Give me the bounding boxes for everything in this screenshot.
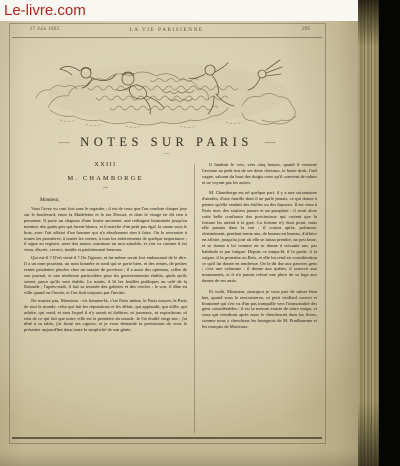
section-number: XXIII (24, 163, 187, 169)
bottom-rule (12, 437, 322, 439)
salutation: Monsieur, (24, 198, 187, 204)
cherubs-in-clouds-engraving-icon (30, 46, 306, 136)
article-columns: XXIII M. CHAMBORGE — Monsieur, Vous l'av… (24, 162, 317, 433)
body-paragraph: Qui est-il ? D'où vient-il ? On l'ignore… (24, 255, 187, 296)
watermark-strip: Le-livre.com (0, 0, 358, 21)
book-page-edges (358, 0, 379, 466)
heading-dash: — (24, 186, 187, 192)
body-paragraph: Vous l'avez vu cent fois sans le regarde… (24, 206, 187, 253)
book-edge-shadow (379, 0, 400, 466)
watermark: Le-livre.com (4, 2, 86, 19)
header-journal-title: LA VIE PARISIENNE (9, 27, 324, 33)
title-flourish-right: ∼∼ (264, 138, 275, 147)
article-heading: M. CHAMBORGE (24, 176, 187, 182)
article-title: NOTES SUR PARIS (80, 135, 253, 150)
body-paragraph: Ne souriez pas, Monsieur : cet homme-là,… (24, 298, 187, 333)
left-column-body: Vous l'avez vu cent fois sans le regarde… (24, 206, 187, 333)
scanned-book-page: 27 Juin 1885. LA VIE PARISIENNE 295 (0, 0, 400, 466)
body-paragraph: M. Chamborge est né quelque part, il y a… (202, 190, 317, 284)
article-title-row: ∼∼ NOTES SUR PARIS ∼∼ (9, 135, 324, 150)
body-paragraph: Et voilà, Monsieur, pourquoi je vous pri… (202, 289, 317, 330)
bottom-page-shadow (0, 450, 358, 466)
right-column-body: Il faudrait le voir, vers cinq heures, q… (202, 162, 317, 330)
left-column: XXIII M. CHAMBORGE — Monsieur, Vous l'av… (24, 162, 187, 433)
body-paragraph: Il faudrait le voir, vers cinq heures, q… (202, 162, 317, 185)
right-column: Il faudrait le voir, vers cinq heures, q… (202, 162, 317, 433)
cherubs-vignette-illustration (30, 46, 306, 136)
header-rule (12, 37, 322, 38)
header-page-number: 295 (302, 26, 310, 32)
title-dash: — (9, 151, 324, 157)
column-divider (187, 162, 202, 433)
title-flourish-left: ∼∼ (58, 138, 69, 147)
